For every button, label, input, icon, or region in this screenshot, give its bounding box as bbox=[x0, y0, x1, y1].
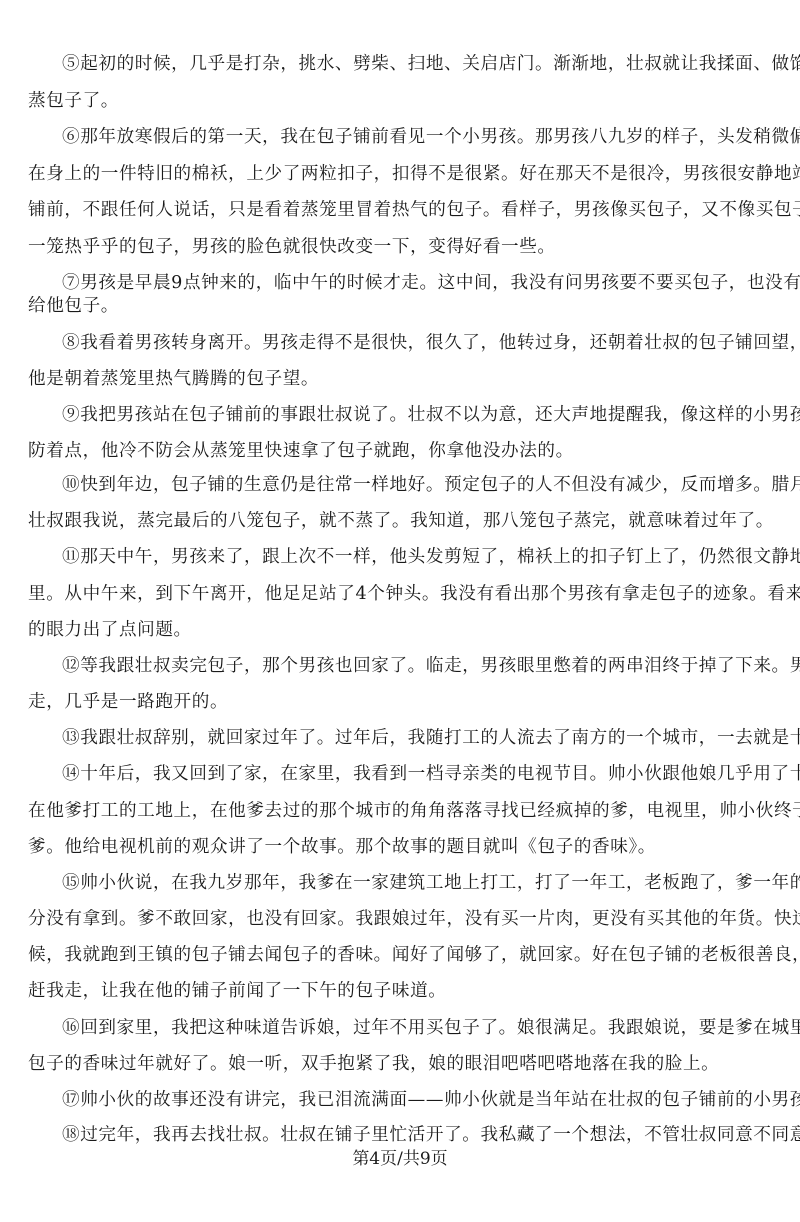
paragraph-15-line-4: 赶我走，让我在他的铺子前闻了一下午的包子味道。 bbox=[28, 978, 770, 1004]
paragraph-9-line-2: 防着点，他冷不防会从蒸笼里快速拿了包子就跑，你拿他没办法的。 bbox=[28, 438, 770, 464]
paragraph-5-line-2: 蒸包子了。 bbox=[28, 88, 770, 114]
paragraph-10-line-2: 壮叔跟我说，蒸完最后的八笼包子，就不蒸了。我知道，那八笼包子蒸完，就意味着过年了… bbox=[28, 508, 770, 534]
paragraph-13-line-1: ⑬我跟壮叔辞别，就回家过年了。过年后，我随打工的人流去了南方的一个城市，一去就是… bbox=[62, 725, 770, 751]
paragraph-17-line-1: ⑰帅小伙的故事还没有讲完，我已泪流满面——帅小伙就是当年站在壮叔的包子铺前的小男… bbox=[62, 1087, 770, 1113]
paragraph-6-line-3: 铺前，不跟任何人说话，只是看着蒸笼里冒着热气的包子。看样子，男孩像买包子，又不像… bbox=[28, 197, 770, 223]
paragraph-6-line-4: 一笼热乎乎的包子，男孩的脸色就很快改变一下，变得好看一些。 bbox=[28, 234, 770, 260]
paragraph-6-line-2: 在身上的一件特旧的棉袄，上少了两粒扣子，扣得不是很紧。好在那天不是很冷，男孩很安… bbox=[28, 161, 770, 187]
paragraph-16-line-2: 包子的香味过年就好了。娘一听，双手抱紧了我，娘的眼泪吧嗒吧嗒地落在我的脸上。 bbox=[28, 1051, 770, 1077]
paragraph-11-line-1: ⑪那天中午，男孩来了，跟上次不一样，他头发剪短了，棉袄上的扣子钉上了，仍然很文静… bbox=[62, 544, 770, 570]
paragraph-11-line-2: 里。从中午来，到下午离开，他足足站了4个钟头。我没有看出那个男孩有拿走包子的迹象… bbox=[28, 581, 770, 607]
paragraph-14-line-2: 在他爹打工的工地上，在他爹去过的那个城市的角角落落寻找已经疯掉的爹，电视里，帅小… bbox=[28, 798, 770, 824]
paragraph-12-line-2: 走，几乎是一路跑开的。 bbox=[28, 689, 770, 715]
paragraph-7-line-2: 给他包子。 bbox=[28, 293, 770, 319]
paragraph-14-line-1: ⑭十年后，我又回到了家，在家里，我看到一档寻亲类的电视节目。帅小伙跟他娘几乎用了… bbox=[62, 761, 770, 787]
paragraph-6-line-1: ⑥那年放寒假后的第一天，我在包子铺前看见一个小男孩。那男孩八九岁的样子，头发稍微… bbox=[62, 124, 770, 150]
paragraph-9-line-1: ⑨我把男孩站在包子铺前的事跟壮叔说了。壮叔不以为意，还大声地提醒我，像这样的小男… bbox=[62, 402, 770, 428]
document-page: ⑤起初的时候，几乎是打杂，挑水、劈柴、扫地、关启店门。渐渐地，壮叔就让我揉面、做… bbox=[0, 0, 800, 1222]
paragraph-8-line-2: 他是朝着蒸笼里热气腾腾的包子望。 bbox=[28, 366, 770, 392]
paragraph-15-line-1: ⑮帅小伙说，在我九岁那年，我爹在一家建筑工地上打工，打了一年工，老板跑了，爹一年… bbox=[62, 870, 770, 896]
paragraph-14-line-3: 爹。他给电视机前的观众讲了一个故事。那个故事的题目就叫《包子的香味》。 bbox=[28, 834, 770, 860]
paragraph-11-line-3: 的眼力出了点问题。 bbox=[28, 617, 770, 643]
paragraph-18-line-1: ⑱过完年，我再去找壮叔。壮叔在铺子里忙活开了。我私藏了一个想法，不管壮叔同意不同… bbox=[62, 1122, 770, 1148]
page-number-footer: 第4页/共9页 bbox=[0, 1147, 800, 1171]
paragraph-15-line-2: 分没有拿到。爹不敢回家，也没有回家。我跟娘过年，没有买一片肉，更没有买其他的年货… bbox=[28, 906, 770, 932]
paragraph-16-line-1: ⑯回到家里，我把这种味道告诉娘，过年不用买包子了。娘很满足。我跟娘说，要是爹在城… bbox=[62, 1015, 770, 1041]
paragraph-8-line-1: ⑧我看着男孩转身离开。男孩走得不是很快，很久了，他转过身，还朝着壮叔的包子铺回望… bbox=[62, 330, 770, 356]
paragraph-5-line-1: ⑤起初的时候，几乎是打杂，挑水、劈柴、扫地、关启店门。渐渐地，壮叔就让我揉面、做… bbox=[62, 51, 770, 77]
paragraph-15-line-3: 候，我就跑到王镇的包子铺去闻包子的香味。闻好了闻够了，就回家。好在包子铺的老板很… bbox=[28, 942, 770, 968]
paragraph-10-line-1: ⑩快到年边，包子铺的生意仍是往常一样地好。预定包子的人不但没有减少，反而增多。腊… bbox=[62, 472, 770, 498]
paragraph-12-line-1: ⑫等我跟壮叔卖完包子，那个男孩也回家了。临走，男孩眼里憋着的两串泪终于掉了下来。… bbox=[62, 653, 770, 679]
